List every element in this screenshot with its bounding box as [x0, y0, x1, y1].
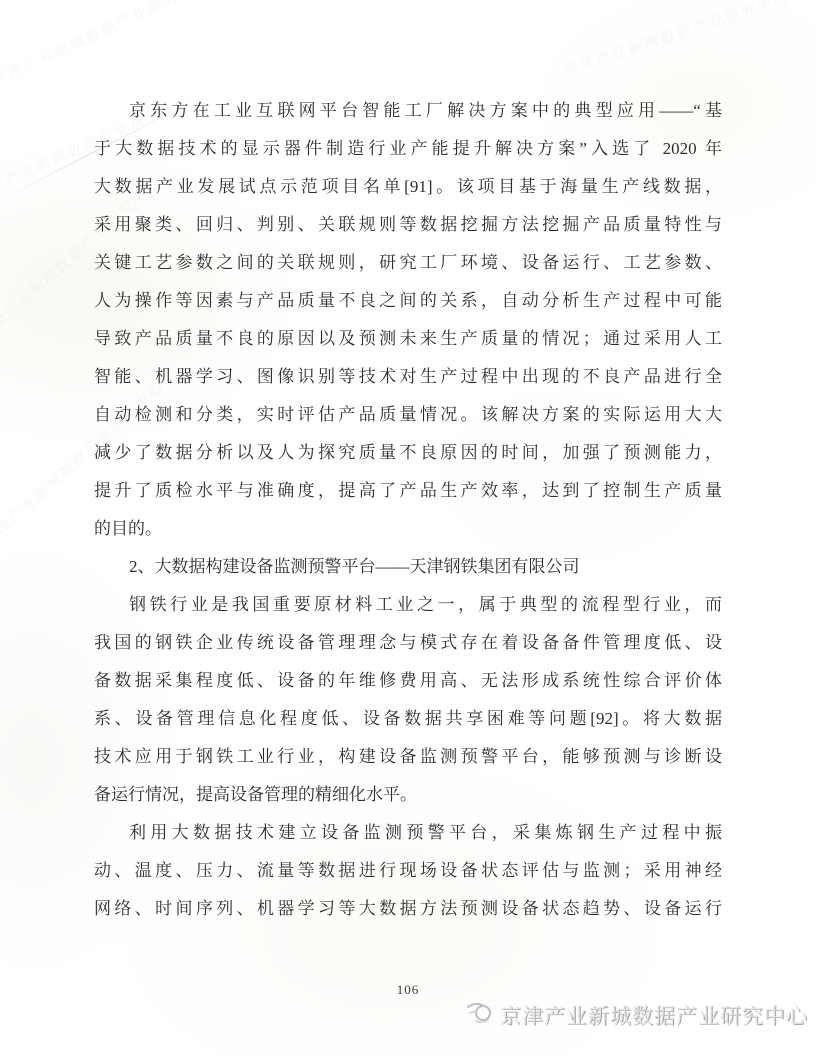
- text-line: 备数据采集程度低、设备的年维修费用高、无法形成系统性综合评价体: [94, 662, 722, 700]
- text-line: 自动检测和分类，实时评估产品质量情况。该解决方案的实际运用大大: [94, 396, 722, 434]
- text-line: 系、设备管理信息化程度低、设备数据共享困难等问题[92]。将大数据: [94, 700, 722, 738]
- text-line: 减少了数据分析以及人为探究质量不良原因的时间，加强了预测能力，: [94, 434, 722, 472]
- text-line: 智能、机器学习、图像识别等技术对生产过程中出现的不良产品进行全: [94, 358, 722, 396]
- footer-watermark: 京津产业新城数据产业研究中心: [466, 998, 808, 1031]
- text-line: 网络、时间序列、机器学习等大数据方法预测设备状态趋势、设备运行: [94, 890, 722, 928]
- section-heading: 2、大数据构建设备监测预警平台——天津钢铁集团有限公司: [94, 548, 722, 586]
- text-line: 利用大数据技术建立设备监测预警平台，采集炼钢生产过程中振: [94, 814, 722, 852]
- text-line: 钢铁行业是我国重要原材料工业之一，属于典型的流程型行业，而: [94, 586, 722, 624]
- text-line: 导致产品质量不良的原因以及预测未来生产质量的情况；通过采用人工: [94, 320, 722, 358]
- ghost-watermark: 京津产业新城数据产业研究中心: [0, 0, 214, 89]
- research-center-logo-icon: [466, 998, 496, 1031]
- text-line: 提升了质检水平与准确度，提高了产品生产效率，达到了控制生产质量: [94, 472, 722, 510]
- document-page: 京津产业新城数据产业研究中心 京津产业新城数据产业研究中心 京津产业新城数据产业…: [0, 0, 816, 1056]
- text-line: 的目的。: [94, 510, 722, 548]
- section-heading-tianjin-steel: 2、大数据构建设备监测预警平台——天津钢铁集团有限公司: [94, 548, 722, 586]
- paragraph-boe-case: 京东方在工业互联网平台智能工厂解决方案中的典型应用——“基 于大数据技术的显示器…: [94, 92, 722, 548]
- text-line: 采用聚类、回归、判别、关联规则等数据挖掘方法挖掘产品质量特性与: [94, 206, 722, 244]
- text-line: 大数据产业发展试点示范项目名单[91]。该项目基于海量生产线数据，: [94, 168, 722, 206]
- text-line: 动、温度、压力、流量等数据进行现场设备状态评估与监测；采用神经: [94, 852, 722, 890]
- paragraph-steel-industry: 钢铁行业是我国重要原材料工业之一，属于典型的流程型行业，而 我国的钢铁企业传统设…: [94, 586, 722, 814]
- text-line: 关键工艺参数之间的关联规则，研究工厂环境、设备运行、工艺参数、: [94, 244, 722, 282]
- paragraph-monitoring-platform: 利用大数据技术建立设备监测预警平台，采集炼钢生产过程中振 动、温度、压力、流量等…: [94, 814, 722, 928]
- text-line: 京东方在工业互联网平台智能工厂解决方案中的典型应用——“基: [94, 92, 722, 130]
- page-number: 106: [0, 982, 816, 998]
- footer-watermark-text: 京津产业新城数据产业研究中心: [500, 1000, 808, 1030]
- text-line: 人为操作等因素与产品质量不良之间的关系，自动分析生产过程中可能: [94, 282, 722, 320]
- text-line: 技术应用于钢铁工业行业，构建设备监测预警平台，能够预测与诊断设: [94, 738, 722, 776]
- page-body: 京东方在工业互联网平台智能工厂解决方案中的典型应用——“基 于大数据技术的显示器…: [94, 92, 722, 928]
- text-line: 备运行情况，提高设备管理的精细化水平。: [94, 776, 722, 814]
- text-line: 于大数据技术的显示器件制造行业产能提升解决方案”入选了 2020 年: [94, 130, 722, 168]
- ghost-watermark: 京津产业新城数据产业研究中心: [560, 0, 793, 80]
- text-line: 我国的钢铁企业传统设备管理理念与模式存在着设备备件管理度低、设: [94, 624, 722, 662]
